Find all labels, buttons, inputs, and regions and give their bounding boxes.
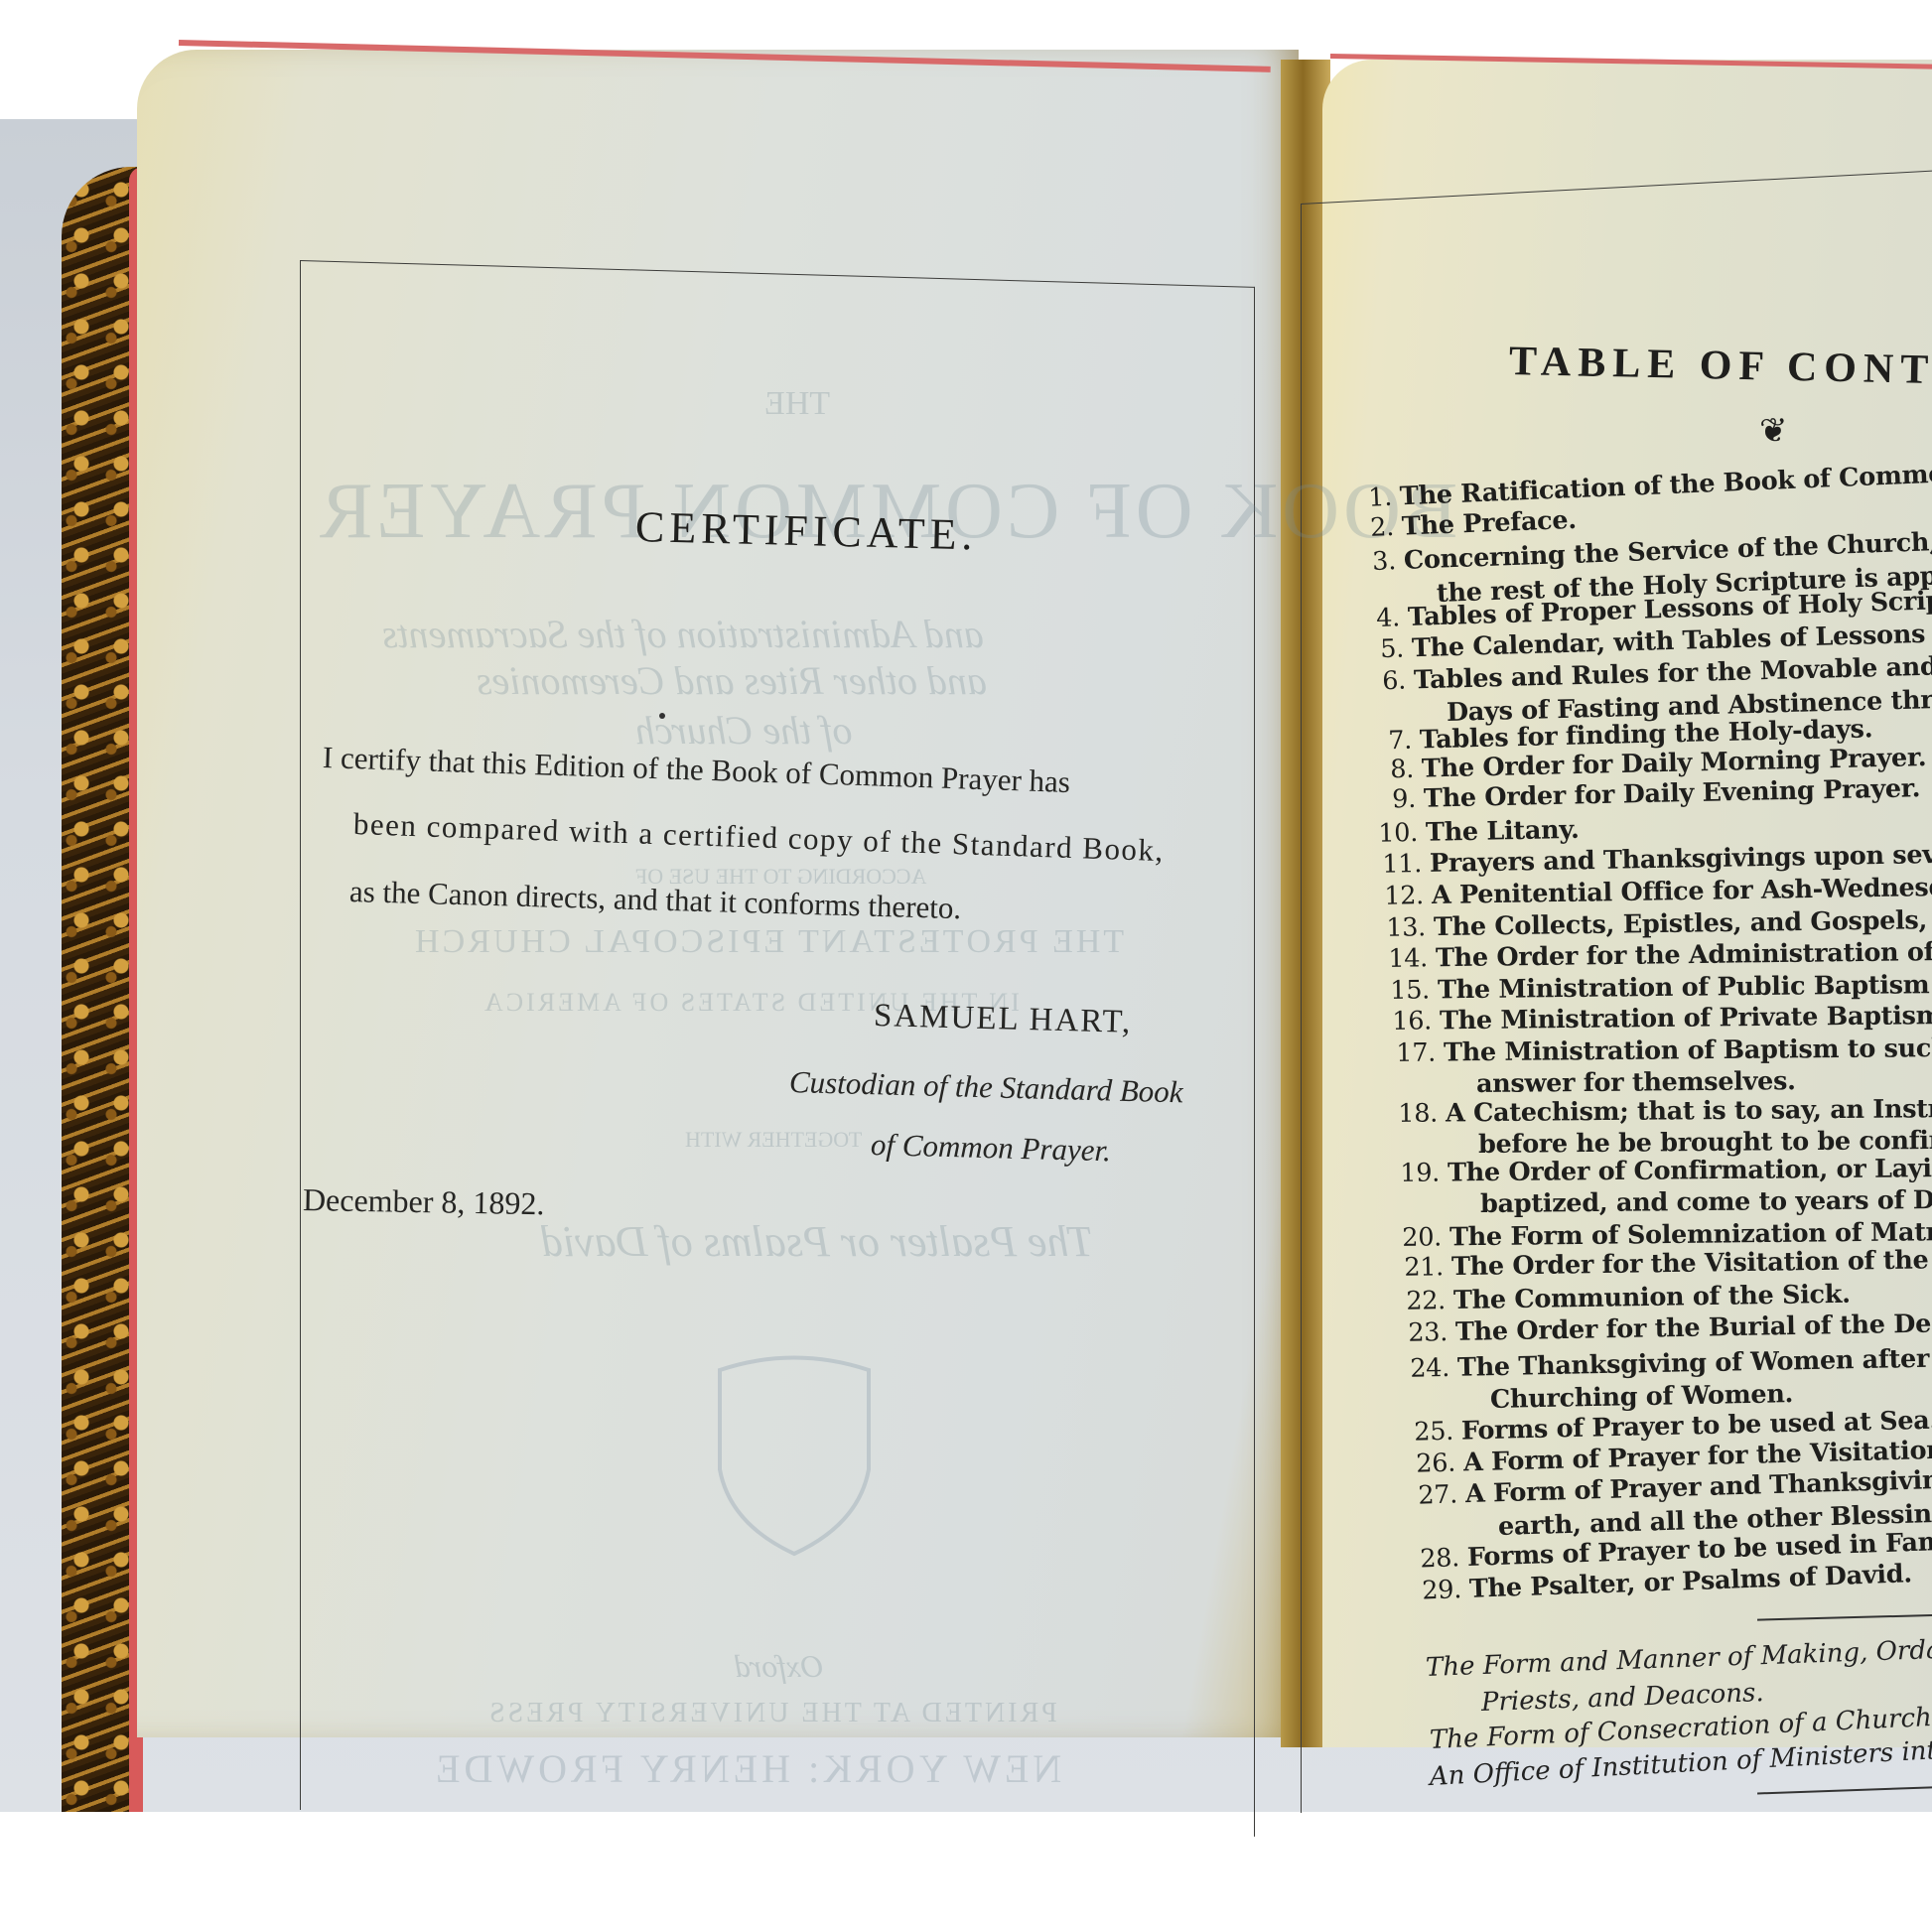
- toc-item-number: 1.: [1337, 483, 1392, 514]
- toc-item-text: The Order of Confirmation, or Laying on …: [1448, 1153, 1932, 1187]
- toc-item: 15.The Ministration of Public Baptism of…: [1376, 969, 1932, 1006]
- toc-item: 17.The Ministration of Baptism to such a…: [1382, 1033, 1932, 1068]
- toc-item-number: 24.: [1396, 1353, 1450, 1384]
- toc-item-number: 21.: [1390, 1252, 1444, 1283]
- toc-item: 19.The Order of Confirmation, or Laying …: [1386, 1153, 1932, 1188]
- ghost-text: The Psalter or Psalms of David: [541, 1216, 1093, 1267]
- toc-item-text: The Communion of the Sick.: [1453, 1280, 1851, 1315]
- toc-item-number: 13.: [1372, 912, 1426, 943]
- certificate-heading: CERTIFICATE.: [634, 501, 978, 560]
- ornament-dot: [659, 713, 665, 719]
- toc-item-number: 23.: [1394, 1317, 1449, 1348]
- ghost-text: THE PROTESTANT EPISCOPAL CHURCH: [412, 923, 1124, 961]
- toc-item-number: 20.: [1388, 1222, 1442, 1253]
- toc-item-number: 4.: [1346, 603, 1401, 634]
- ghost-text: Oxford: [735, 1648, 823, 1685]
- ghost-text: THE: [764, 385, 830, 423]
- ghost-text: TOGETHER WITH: [685, 1127, 862, 1153]
- toc-item-number: 11.: [1368, 849, 1423, 880]
- toc-item-number: 19.: [1386, 1159, 1440, 1188]
- signatory-role: of Common Prayer.: [871, 1127, 1112, 1169]
- toc-item-number: 9.: [1362, 784, 1417, 815]
- toc-item-number: 8.: [1360, 755, 1415, 785]
- fleuron-icon: ❦: [1759, 411, 1788, 451]
- toc-item: 10.The Litany.: [1364, 815, 1580, 849]
- toc-item-number: 28.: [1406, 1543, 1460, 1575]
- toc-item-number: 18.: [1384, 1099, 1438, 1129]
- ghost-shield-icon: [710, 1350, 879, 1559]
- toc-item: 18.A Catechism; that is to say, an Instr…: [1384, 1093, 1932, 1129]
- ghost-text: NEW YORK: HENRY FROWDE: [432, 1745, 1061, 1792]
- toc-item-number: 12.: [1370, 881, 1424, 911]
- toc-item-text: The Litany.: [1426, 815, 1580, 848]
- toc-item-number: 2.: [1339, 512, 1394, 544]
- toc-item-number: 14.: [1374, 943, 1428, 974]
- toc-item-number: 16.: [1378, 1006, 1432, 1036]
- toc-item-text: The Ministration of Baptism to such as a…: [1444, 1033, 1932, 1067]
- toc-item-number: 26.: [1402, 1449, 1456, 1479]
- ghost-text: and other Rites and Ceremonies: [477, 657, 987, 704]
- toc-item-text: The Ministration of Public Baptism of In…: [1438, 969, 1932, 1006]
- signatory-name: SAMUEL HART,: [874, 998, 1133, 1041]
- ghost-text: PRINTED AT THE UNIVERSITY PRESS: [486, 1698, 1057, 1729]
- toc-item-number: 25.: [1400, 1417, 1454, 1448]
- toc-item-number: 17.: [1382, 1038, 1436, 1068]
- toc-item-number: 29.: [1407, 1575, 1461, 1606]
- toc-item-number: 15.: [1376, 975, 1430, 1006]
- toc-item-number: 6.: [1352, 666, 1407, 697]
- toc-item-text: The Ministration of Private Baptism of C…: [1440, 999, 1932, 1035]
- ghost-text: and Administration of the Sacraments: [382, 611, 984, 657]
- ghost-text: of the Church: [635, 707, 853, 754]
- toc-item-number: 27.: [1404, 1479, 1458, 1511]
- toc-item-number: 7.: [1358, 726, 1413, 757]
- toc-item-number: 3.: [1341, 546, 1396, 578]
- toc-item-number: 5.: [1350, 633, 1405, 664]
- toc-item-continuation: answer for themselves.: [1476, 1066, 1796, 1099]
- toc-item-text: A Catechism; that is to say, an Instruct…: [1446, 1093, 1932, 1128]
- toc-item-number: 22.: [1392, 1286, 1446, 1316]
- toc-item-number: 10.: [1364, 818, 1419, 849]
- toc-item-continuation: baptized, and come to years of Discretio…: [1480, 1184, 1932, 1219]
- certificate-date: December 8, 1892.: [303, 1181, 545, 1222]
